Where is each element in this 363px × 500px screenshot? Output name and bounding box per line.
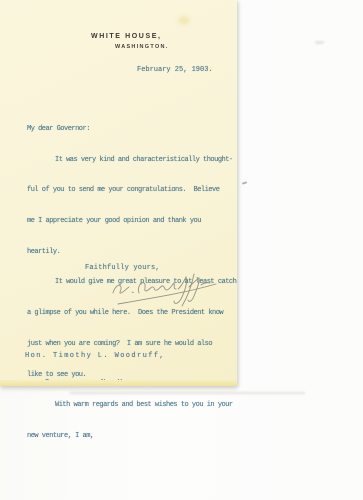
letterhead-washington: WASHINGTON.	[115, 44, 169, 50]
date-line: February 25, 1903.	[137, 66, 213, 74]
salutation: My dear Governor:	[27, 122, 229, 137]
body-line: It was very kind and characteristically …	[27, 153, 229, 168]
paper-shadow	[70, 392, 305, 394]
letter-paper: WHITE HOUSE, WASHINGTON. February 25, 19…	[0, 0, 237, 386]
signature	[106, 272, 221, 314]
body-line: me I appreciate your good opinion and th…	[27, 214, 229, 229]
paper-stain	[178, 16, 190, 25]
dust-speck	[242, 181, 247, 184]
body-line: new venture, I am,	[27, 429, 229, 444]
closing-line: Faithfully yours,	[85, 264, 160, 272]
paper-bottom-edge	[0, 380, 237, 386]
scan-background: WHITE HOUSE, WASHINGTON. February 25, 19…	[0, 0, 363, 500]
body-line: heartily.	[27, 245, 229, 260]
body-line: ful of you to send me your congratulatio…	[27, 183, 229, 198]
recipient-name: Hon. Timothy L. Woodruff,	[25, 351, 165, 362]
scan-smudge	[315, 41, 324, 44]
letterhead-white-house: WHITE HOUSE,	[91, 33, 162, 40]
